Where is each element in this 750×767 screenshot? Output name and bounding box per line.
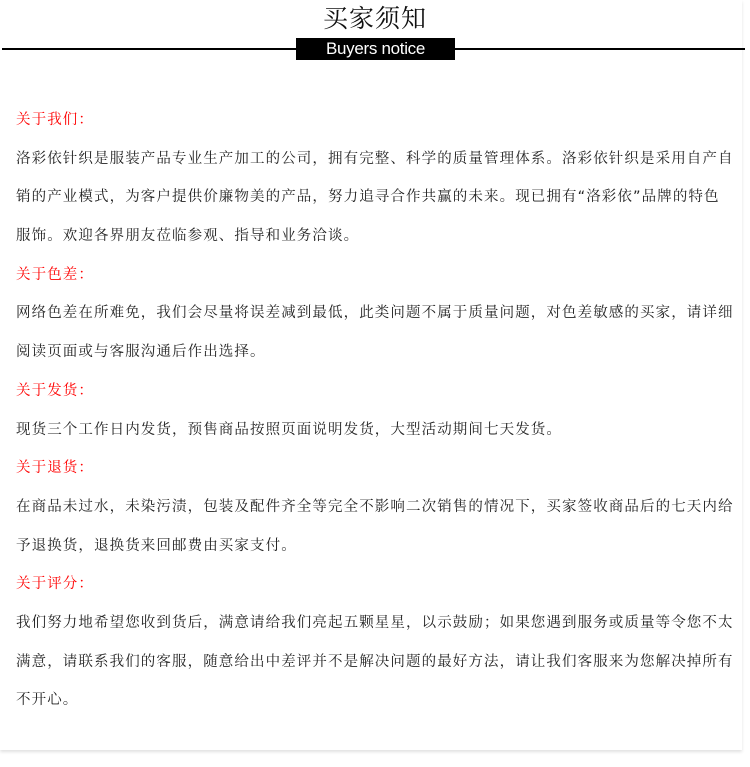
section-returns: 关于退货： 在商品未过水，未染污渍，包装及配件齐全等完全不影响二次销售的情况下，… [16, 449, 746, 565]
paragraph-line: 网络色差在所难免，我们会尽量将误差减到最低，此类问题不属于质量问题，对色差敏感的… [16, 294, 746, 333]
paragraph-line: 现货三个工作日内发货，预售商品按照页面说明发货，大型活动期间七天发货。 [16, 411, 746, 450]
section-heading: 关于评分： [16, 565, 746, 604]
paragraph-line: 洛彩依针织是服装产品专业生产加工的公司，拥有完整、科学的质量管理体系。洛彩依针织… [16, 140, 746, 179]
paragraph-line: 服饰。欢迎各界朋友莅临参观、指导和业务洽谈。 [16, 217, 746, 256]
subtitle-banner: Buyers notice [296, 38, 455, 60]
section-about-us: 关于我们： 洛彩依针织是服装产品专业生产加工的公司，拥有完整、科学的质量管理体系… [16, 101, 746, 256]
paragraph-line: 我们努力地希望您收到货后，满意请给我们亮起五颗星星，以示鼓励；如果您遇到服务或质… [16, 604, 746, 643]
section-ratings: 关于评分： 我们努力地希望您收到货后，满意请给我们亮起五颗星星，以示鼓励；如果您… [16, 565, 746, 720]
paragraph-line: 满意，请联系我们的客服，随意给出中差评并不是解决问题的最好方法，请让我们客服来为… [16, 643, 746, 682]
section-heading: 关于退货： [16, 449, 746, 488]
paragraph-line: 销的产业模式，为客户提供价廉物美的产品，努力追寻合作共赢的未来。现已拥有“洛彩依… [16, 178, 746, 217]
paragraph-line: 在商品未过水，未染污渍，包装及配件齐全等完全不影响二次销售的情况下，买家签收商品… [16, 488, 746, 527]
section-shipping: 关于发货： 现货三个工作日内发货，预售商品按照页面说明发货，大型活动期间七天发货… [16, 372, 746, 449]
section-color-difference: 关于色差： 网络色差在所难免，我们会尽量将误差减到最低，此类问题不属于质量问题，… [16, 256, 746, 372]
paragraph-line: 阅读页面或与客服沟通后作出选择。 [16, 333, 746, 372]
notice-card: 买家须知 Buyers notice 关于我们： 洛彩依针织是服装产品专业生产加… [0, 0, 742, 750]
section-heading: 关于发货： [16, 372, 746, 411]
paragraph-line: 不开心。 [16, 681, 746, 720]
paragraph-line: 予退换货，退换货来回邮费由买家支付。 [16, 527, 746, 566]
section-heading: 关于色差： [16, 256, 746, 295]
notice-content: 关于我们： 洛彩依针织是服装产品专业生产加工的公司，拥有完整、科学的质量管理体系… [16, 101, 746, 720]
section-heading: 关于我们： [16, 101, 746, 140]
page-title: 买家须知 [0, 4, 750, 34]
